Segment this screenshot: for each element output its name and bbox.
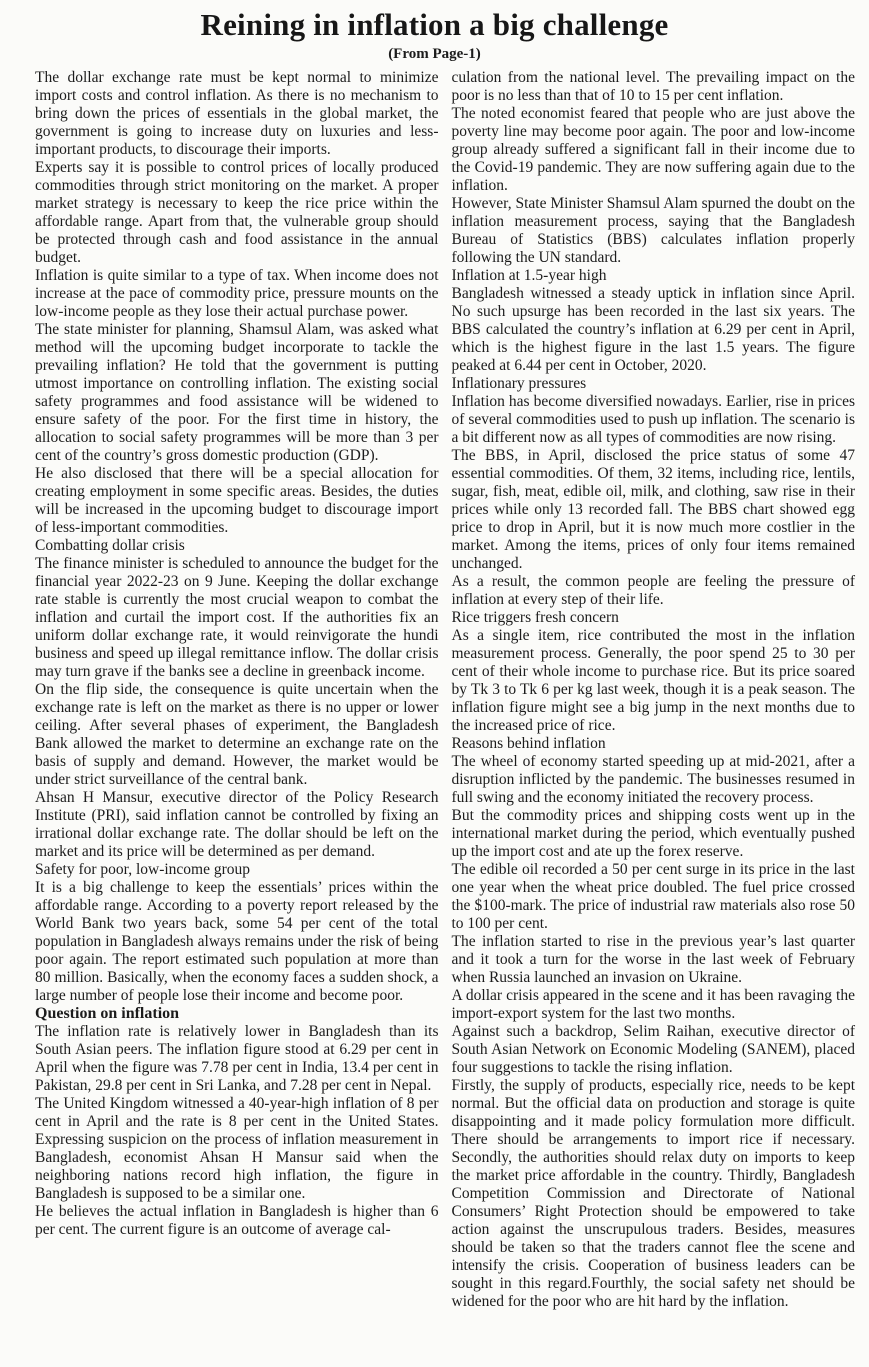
article-paragraph: The noted economist feared that people w… (452, 105, 856, 195)
article-paragraph: He also disclosed that there will be a s… (35, 465, 439, 537)
section-heading-bold: Question on inflation (35, 1005, 439, 1023)
section-heading: Safety for poor, low-income group (35, 861, 439, 879)
newspaper-page: Reining in inflation a big challenge (Fr… (0, 0, 869, 1367)
section-heading: Reasons behind inflation (452, 735, 856, 753)
article-paragraph: A dollar crisis appeared in the scene an… (452, 987, 856, 1023)
section-heading: Inflation at 1.5-year high (452, 267, 856, 285)
section-heading: Rice triggers fresh concern (452, 609, 856, 627)
page-subtitle: (From Page-1) (0, 45, 869, 63)
section-heading: Combatting dollar crisis (35, 537, 439, 555)
article-paragraph: But the commodity prices and shipping co… (452, 807, 856, 861)
article-paragraph: As a result, the common people are feeli… (452, 573, 856, 609)
body-column-left: The dollar exchange rate must be kept no… (35, 69, 439, 1311)
article-paragraph: As a single item, rice contributed the m… (452, 627, 856, 735)
article-paragraph: Experts say it is possible to control pr… (35, 159, 439, 267)
article-paragraph: Firstly, the supply of products, especia… (452, 1077, 856, 1311)
article-paragraph: The inflation started to rise in the pre… (452, 933, 856, 987)
article-paragraph: However, State Minister Shamsul Alam spu… (452, 195, 856, 267)
article-paragraph: The BBS, in April, disclosed the price s… (452, 447, 856, 573)
article-paragraph: Bangladesh witnessed a steady uptick in … (452, 285, 856, 375)
article-paragraph: Against such a backdrop, Selim Raihan, e… (452, 1023, 856, 1077)
page-title: Reining in inflation a big challenge (0, 6, 869, 44)
article-paragraph: The state minister for planning, Shamsul… (35, 321, 439, 465)
article-paragraph: The edible oil recorded a 50 per cent su… (452, 861, 856, 933)
section-heading: Inflationary pressures (452, 375, 856, 393)
article-paragraph: The inflation rate is relatively lower i… (35, 1023, 439, 1095)
article-paragraph: On the flip side, the consequence is qui… (35, 681, 439, 789)
body-column-right: culation from the national level. The pr… (452, 69, 856, 1311)
article-paragraph: It is a big challenge to keep the essent… (35, 879, 439, 1005)
article-paragraph: culation from the national level. The pr… (452, 69, 856, 105)
article-paragraph: Ahsan H Mansur, executive director of th… (35, 789, 439, 861)
article-paragraph: He believes the actual inflation in Bang… (35, 1203, 439, 1239)
article-paragraph: Inflation is quite similar to a type of … (35, 267, 439, 321)
article-paragraph: The dollar exchange rate must be kept no… (35, 69, 439, 159)
article-paragraph: Inflation has become diversified nowaday… (452, 393, 856, 447)
article-paragraph: The finance minister is scheduled to ann… (35, 555, 439, 681)
article-body: The dollar exchange rate must be kept no… (0, 69, 869, 1311)
article-paragraph: The United Kingdom witnessed a 40-year-h… (35, 1095, 439, 1203)
article-paragraph: The wheel of economy started speeding up… (452, 753, 856, 807)
